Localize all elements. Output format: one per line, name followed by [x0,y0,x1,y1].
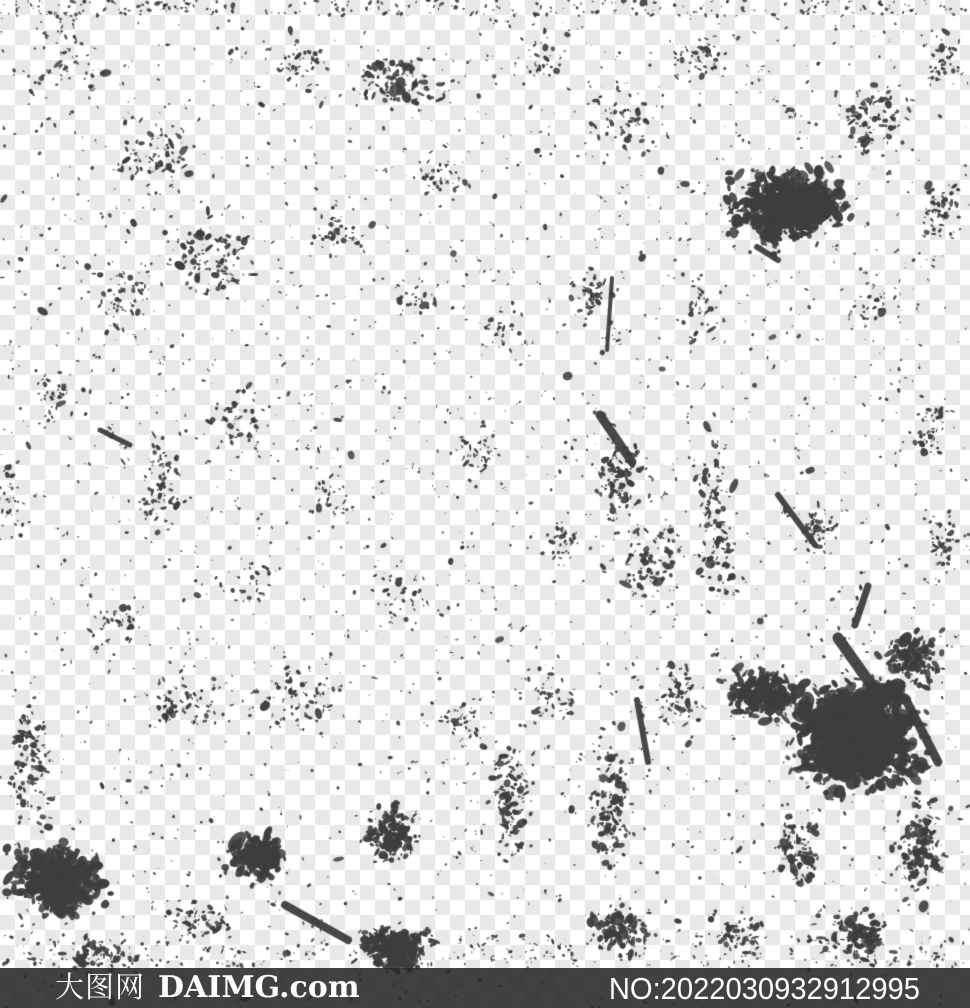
grunge-texture-canvas [0,0,970,1008]
site-domain: DAIMG.com [158,973,360,1003]
site-branding: 大图网 DAIMG.com [55,973,360,1003]
texture-preview-image: 大图网 DAIMG.com NO:2022030932912995 [0,0,970,1008]
image-number: NO:2022030932912995 [609,973,920,1004]
watermark-bar: 大图网 DAIMG.com NO:2022030932912995 [0,968,970,1008]
site-name-chinese: 大图网 [55,974,145,1003]
